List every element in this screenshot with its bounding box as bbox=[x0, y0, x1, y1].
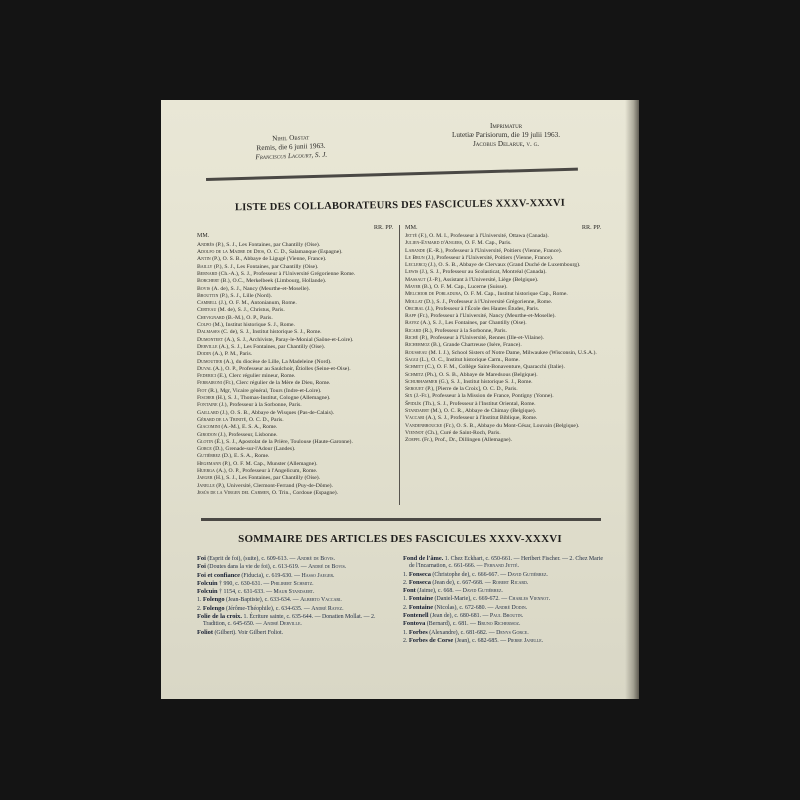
collaborator-details: (D.), S. J., Professeur à l'Université G… bbox=[423, 299, 552, 305]
imprimatur-signatory: Jacobus Delarue, v. g. bbox=[411, 140, 601, 149]
collaborator-details: , O. Trin., Cordoue (Espagne). bbox=[269, 490, 338, 496]
collaborator-entry: Andrès (P.), S. J., Les Fontaines, par C… bbox=[197, 242, 393, 249]
collaborator-entry: Fontaine (J.), Professeur à la Sorbonne,… bbox=[197, 402, 393, 409]
collaborator-details: (C. de), S. J., Institut historique S. J… bbox=[220, 329, 322, 335]
document-page: Nihil Obstat Remis, die 6 junii 1963. Fr… bbox=[161, 100, 639, 699]
collaborator-name: Glotin bbox=[197, 439, 213, 445]
collaborator-name: Jaeger bbox=[197, 475, 213, 481]
summary-entry: 2. Forbes de Corse (Jean), c. 682-685. —… bbox=[403, 637, 603, 645]
summary-term: Forbes bbox=[409, 629, 428, 636]
summary-entry: 1. Fontaine (Daniel-Marie), c. 669-672. … bbox=[403, 595, 603, 603]
summary-author: Maur Standaert. bbox=[274, 589, 315, 595]
summary-author: Pierre Janelle. bbox=[508, 638, 544, 644]
collaborator-details: (A.), du diocèse de Lille, La Madeleine … bbox=[222, 359, 331, 365]
collaborator-name: Dodin bbox=[197, 351, 211, 357]
collaborator-details: (J.-Fr.), Professeur à la Mission de Fra… bbox=[412, 393, 553, 399]
summary-term: Foliot bbox=[197, 629, 213, 636]
collaborator-details: (E.), Clerc régulier mineur, Rome. bbox=[216, 373, 296, 379]
summary-term: Folengo bbox=[203, 596, 225, 603]
collaborator-entry: Schurhammer (G.), S. J., Institut histor… bbox=[405, 379, 601, 386]
collaborator-name: Gaillard bbox=[197, 410, 219, 416]
collaborator-name: Chevignard bbox=[197, 315, 225, 321]
summary-term: Forbes de Corse bbox=[409, 637, 453, 644]
collaborator-name: Antin bbox=[197, 256, 211, 262]
collaborator-name: Janelle bbox=[197, 483, 215, 489]
collaborator-name: Rapp bbox=[405, 313, 416, 319]
collaborator-name: Massaut bbox=[405, 277, 426, 283]
collaborator-details: (J.), Professeur à l'École des Hautes Ét… bbox=[424, 306, 539, 312]
collaborator-details: (Ch.), Curé de Saint-Roch, Paris. bbox=[424, 430, 501, 436]
collaborator-name: Leclercq bbox=[405, 262, 427, 268]
collaborator-details: (A.), S. J., Les Fontaines, par Chantill… bbox=[419, 320, 527, 326]
collaborator-entry: Riché (P.), Professeur à l'Université, R… bbox=[405, 335, 601, 342]
collaborator-entry: Špidlík (Th.), S. J., Professeur à l'Ins… bbox=[405, 401, 601, 408]
collaborator-entry: Leclercq (J.), O. S. B., Abbaye de Clerv… bbox=[405, 262, 601, 269]
collaborator-entry: Lewis (J.), S. J., Professeur au Scolast… bbox=[405, 269, 601, 276]
summary-entry: 1. Fonseca (Christophe de), c. 666-667. … bbox=[403, 571, 603, 579]
summary-detail: (Jaime), c. 668. — bbox=[416, 588, 463, 594]
collaborator-details: (J.), Professeur à la Sorbonne, Paris. bbox=[218, 402, 302, 408]
collaborator-name: Orcibal bbox=[405, 306, 424, 312]
collaborator-details: (J.-P.), Assistant à l'Université, Liège… bbox=[426, 277, 539, 283]
collaborator-entry: Bailly (P.), S. J., Les Fontaines, par C… bbox=[197, 264, 393, 271]
collaborator-name: Zoepfl bbox=[405, 437, 421, 443]
imprimatur: Imprimatur Lutetiæ Parisiorum, die 19 ju… bbox=[411, 122, 601, 149]
summary-term: Folcuin bbox=[197, 588, 218, 595]
summary-term: Folengo bbox=[203, 605, 225, 612]
collaborator-name: Vandenbroucke bbox=[405, 423, 442, 429]
nihil-obstat: Nihil Obstat Remis, die 6 junii 1963. Fr… bbox=[231, 132, 352, 163]
collaborator-entry: Bovis (A. de), S. J., Nancy (Meurthe-et-… bbox=[197, 286, 393, 293]
collaborator-name: Giacomini bbox=[197, 424, 220, 430]
collaborator-details: (Fr.), O. S. B., Abbaye du Mont-César, L… bbox=[442, 423, 579, 429]
summary-term: Fontaine bbox=[409, 595, 433, 602]
collaborator-details: (P.), O. F. M. Cap., Munster (Allemagne)… bbox=[221, 461, 317, 467]
collaborator-entry: Fischer (H.), S. J., Thomas-Institut, Co… bbox=[197, 395, 393, 402]
summary-entry: 1. Forbes (Alexandre), c. 681-682. — Den… bbox=[403, 629, 603, 637]
collaborator-name: Gérard de la Trinité bbox=[197, 417, 246, 423]
collaborator-details: , O. F. M. Cap., Paris. bbox=[462, 240, 511, 246]
collaborator-name: Ferraironi bbox=[197, 380, 222, 386]
collaborator-details: (M. I. J.), School Sisters of Notre Dame… bbox=[427, 350, 597, 356]
collaborator-details: (É.), S. J., Apostolat de la Prière, Tou… bbox=[213, 439, 353, 445]
collaborator-details: (G.), S. J., Institut historique S. J., … bbox=[437, 379, 532, 385]
collaborator-name: Mollat bbox=[405, 299, 423, 305]
collaborator-name: Schmitt bbox=[405, 364, 424, 370]
collaborator-entry: Mollat (D.), S. J., Professeur à l'Unive… bbox=[405, 299, 601, 306]
collaborator-details: (J.), O. S. B., Abbaye de Clervaux (Gran… bbox=[427, 262, 581, 268]
summary-author: André Dodin. bbox=[495, 605, 527, 611]
summary-author: Denys Gorce. bbox=[496, 630, 529, 636]
collaborator-details: (P.), O. S. B., Abbaye de Ligugé (Vienne… bbox=[211, 256, 327, 262]
collaborator-details: (B.), Grande Chartreuse (Isère, France). bbox=[430, 342, 522, 348]
summary-detail: (Jean de), c. 667-668. — bbox=[431, 580, 492, 586]
collaborator-entry: Gérard de la Trinité, O. C. D., Paris. bbox=[197, 417, 393, 424]
collaborator-name: Derville bbox=[197, 344, 217, 350]
summary-term: Fond de l'âme. bbox=[403, 555, 443, 562]
summary-detail: (Jean), c. 682-685. — bbox=[453, 638, 507, 644]
collaborator-name: Julien-Eymard d'Angers bbox=[405, 240, 462, 246]
collaborator-name: Vaccari bbox=[405, 415, 424, 421]
imprimatur-place-date: Lutetiæ Parisiorum, die 19 julii 1963. bbox=[411, 131, 601, 140]
collaborator-details: (Fr.), Clerc régulier de la Mère de Dieu… bbox=[222, 380, 331, 386]
collaborator-details: (A.), S. J., Professeur à l'Institut Bib… bbox=[424, 415, 537, 421]
collaborator-details: (P.), S. J., Les Fontaines, par Chantill… bbox=[214, 242, 320, 248]
collaborator-name: Standaert bbox=[405, 408, 429, 414]
collaborator-name: Richermoz bbox=[405, 342, 430, 348]
collaborator-details: (F.), O. M. I., Professeur à l'Universit… bbox=[417, 233, 549, 239]
collaborators-right-column: MM. RR. PP. Jetté (F.), O. M. I., Profes… bbox=[405, 225, 601, 445]
summary-detail: (Bernard), c. 681. — bbox=[425, 621, 477, 627]
collaborator-entry: Julien-Eymard d'Angers, O. F. M. Cap., P… bbox=[405, 240, 601, 247]
collaborator-name: Duval bbox=[197, 366, 212, 372]
collaborator-entry: Gorce (D.), Grenade-sur-l'Adour (Landes)… bbox=[197, 446, 393, 453]
summary-detail: † 990, c. 630-631. — bbox=[218, 581, 271, 587]
collaborator-name: Cambell bbox=[197, 300, 217, 306]
summary-detail: (Jean-Baptiste), c. 633-634. — bbox=[225, 597, 301, 603]
collaborator-entry: Jetté (F.), O. M. I., Professeur à l'Uni… bbox=[405, 233, 601, 240]
summary-term: Foi bbox=[197, 563, 206, 570]
collaborator-details: (A.), O. P., Professeur au Saulchoir, Ét… bbox=[212, 366, 351, 372]
summary-detail: (Jean de), c. 680-681. — bbox=[429, 613, 490, 619]
collaborator-details: (D.), Grenade-sur-l'Adour (Landes). bbox=[212, 446, 296, 452]
collaborator-name: Jetté bbox=[405, 233, 417, 239]
collaborator-details: (M.), O. C. R., Abbaye de Chimay (Belgiq… bbox=[429, 408, 536, 414]
collaborator-entry: Dodin (A.), P. M., Paris. bbox=[197, 351, 393, 358]
summary-author: André de Bovis. bbox=[308, 564, 346, 570]
collaborator-entry: Serouet (P.), [Pierre de la Croix], O. C… bbox=[405, 386, 601, 393]
summary-heading: SOMMAIRE DES ARTICLES DES FASCICULES XXX… bbox=[161, 533, 639, 545]
collaborators-right-entries: Jetté (F.), O. M. I., Professeur à l'Uni… bbox=[405, 233, 601, 444]
summary-author: Fernand Jetté. bbox=[484, 563, 519, 569]
collaborator-entry: Glotin (É.), S. J., Apostolat de la Priè… bbox=[197, 439, 393, 446]
collaborator-entry: Huerga (A.), O. P., Professeur à l'Angel… bbox=[197, 468, 393, 475]
collaborator-entry: Schmitt (C.), O. F. M., Collège Saint-Bo… bbox=[405, 364, 601, 371]
collaborator-details: (B.-M.), O. P., Paris. bbox=[225, 315, 273, 321]
collaborator-details: (A.), S. J., Archiviste, Paray-le-Monial… bbox=[223, 337, 353, 343]
collaborator-details: (Ch.-A.), S. J., Professeur à l'Universi… bbox=[217, 271, 355, 277]
collaborator-name: Schurhammer bbox=[405, 379, 437, 385]
collaborator-details: (J.), O. F. M., Antonianum, Rome. bbox=[217, 300, 297, 306]
collaborator-entry: Bernard (Ch.-A.), S. J., Professeur à l'… bbox=[197, 271, 393, 278]
collaborator-name: Bailly bbox=[197, 264, 212, 270]
summary-author: Robert Ricard. bbox=[492, 580, 528, 586]
collaborator-details: (P.), S. J., Les Fontaines, par Chantill… bbox=[212, 264, 318, 270]
summary-term: Fonseca bbox=[409, 571, 431, 578]
collaborator-name: Rayez bbox=[405, 320, 419, 326]
collaborator-details: (A.), O. P., Professeur à l'Angelicum, R… bbox=[215, 468, 317, 474]
collaborator-details: (J.), S. J., Professeur au Scolasticat, … bbox=[418, 269, 546, 275]
summary-detail: (Fiducia), c. 619-630. — bbox=[240, 573, 302, 579]
collaborator-details: (M. de), S. J., Christus, Paris. bbox=[216, 307, 284, 313]
collaborator-entry: Mayer (B.), O. F. M. Cap., Lucerne (Suis… bbox=[405, 284, 601, 291]
collaborator-name: Labande bbox=[405, 248, 425, 254]
summary-entry: 1. Folengo (Jean-Baptiste), c. 633-634. … bbox=[197, 596, 397, 604]
collaborators-left-entries: Andrès (P.), S. J., Les Fontaines, par C… bbox=[197, 242, 393, 497]
collaborator-name: Riché bbox=[405, 335, 418, 341]
collaborator-details: (P.), Université, Clermont-Ferrand (Puy-… bbox=[215, 483, 333, 489]
collaborator-entry: Janelle (P.), Université, Clermont-Ferra… bbox=[197, 483, 393, 490]
collaborator-entry: Certeau (M. de), S. J., Christus, Paris. bbox=[197, 307, 393, 314]
collaborator-details: , O. C. D., Paris. bbox=[246, 417, 284, 423]
collaborator-entry: Ferraironi (Fr.), Clerc régulier de la M… bbox=[197, 380, 393, 387]
collaborator-name: Hegemann bbox=[197, 461, 221, 467]
collaborator-details: (H.), S. J., Les Fontaines, par Chantill… bbox=[213, 475, 321, 481]
imprimatur-title: Imprimatur bbox=[411, 122, 601, 131]
collaborator-details: (Th.), S. J., Professeur à l'Institut Or… bbox=[421, 401, 535, 407]
collaborators-heading: LISTE DES COLLABORATEURS DES FASCICULES … bbox=[161, 197, 639, 215]
summary-entry: Folcuin † 1154, c. 631-633. — Maur Stand… bbox=[197, 588, 397, 596]
collaborator-details: (E.-R.), Professeur à l'Université, Poit… bbox=[425, 248, 562, 254]
collaborator-entry: Fiot (R.), Mgr, Vicaire général, Tours (… bbox=[197, 388, 393, 395]
summary-entry: Foi (Esprit de foi), (suite), c. 609-613… bbox=[197, 555, 397, 563]
collaborator-details: (B.), O. F. M. Cap., Lucerne (Suisse). bbox=[421, 284, 508, 290]
collaborator-entry: Massaut (J.-P.), Assistant à l'Universit… bbox=[405, 277, 601, 284]
collaborator-details: (C.), O. F. M., Collège Saint-Bonaventur… bbox=[424, 364, 565, 370]
summary-detail: (Christophe de), c. 666-667. — bbox=[431, 572, 508, 578]
collaborator-name: Gorce bbox=[197, 446, 212, 452]
collaborator-details: (J.), O. S. B., Abbaye de Wisques (Pas-d… bbox=[219, 410, 334, 416]
summary-entry: Folie de la croix. 1. Écriture sainte, c… bbox=[197, 613, 397, 629]
summary-term: Fontova bbox=[403, 620, 425, 627]
summary-author: Hasso Jaeger. bbox=[301, 573, 334, 579]
summary-left-column: Foi (Esprit de foi), (suite), c. 609-613… bbox=[197, 555, 397, 637]
collaborator-name: Fiot bbox=[197, 388, 207, 394]
summary-author: David Gutiérrez. bbox=[463, 588, 503, 594]
collaborator-name: Fontaine bbox=[197, 402, 218, 408]
collaborator-details: (Ph.), O. S. B., Abbaye de Maredsous (Be… bbox=[424, 372, 538, 378]
collaborator-name: Andrès bbox=[197, 242, 214, 248]
summary-entry: 2. Fontaine (Nicolas), c. 672-680. — And… bbox=[403, 604, 603, 612]
collaborator-details: (D.), E. S. A., Rome. bbox=[220, 453, 269, 459]
collaborator-entry: Borchert (B.), O.C., Merkelbeek (Limbour… bbox=[197, 278, 393, 285]
summary-term: Fontenell bbox=[403, 612, 429, 619]
collaborator-name: Ricard bbox=[405, 328, 421, 334]
summary-term: Foi bbox=[197, 555, 206, 562]
collaborator-entry: Gaillard (J.), O. S. B., Abbaye de Wisqu… bbox=[197, 410, 393, 417]
collaborator-name: Dumonteet bbox=[197, 337, 223, 343]
mm-label-left: MM. bbox=[197, 233, 393, 240]
summary-term: Font bbox=[403, 587, 416, 594]
collaborator-entry: Melchior de Pobladura, O. F. M. Cap., In… bbox=[405, 291, 601, 298]
summary-author: Bruno Richermoz. bbox=[477, 621, 520, 627]
collaborator-details: (A.), P. M., Paris. bbox=[211, 351, 252, 357]
summary-entry: Fond de l'âme. 1. Chez Eckhart, c. 650-6… bbox=[403, 555, 603, 571]
collaborator-name: Saggi bbox=[405, 357, 418, 363]
collaborator-details: (B.), O.C., Merkelbeek (Limbourg, Hollan… bbox=[219, 278, 326, 284]
collaborator-name: Bovis bbox=[197, 286, 210, 292]
collaborators-left-column: RR. PP. MM. Andrès (P.), S. J., Les Font… bbox=[197, 225, 393, 497]
collaborator-details: (R.), Mgr, Vicaire général, Tours (Indre… bbox=[207, 388, 322, 394]
collaborator-entry: Vaccari (A.), S. J., Professeur à l'Inst… bbox=[405, 415, 601, 422]
collaborator-entry: Orcibal (J.), Professeur à l'École des H… bbox=[405, 306, 601, 313]
collaborator-name: Jesús de la Virgen del Carmen bbox=[197, 490, 269, 496]
collaborator-entry: Gutiérrez (D.), E. S. A., Rome. bbox=[197, 453, 393, 460]
collaborator-entry: Rousseau (M. I. J.), School Sisters of N… bbox=[405, 350, 601, 357]
collaborator-details: (R.), Professeur à la Sorbonne, Paris. bbox=[421, 328, 507, 334]
summary-detail: (Jérôme-Théophile), c. 634-635. — bbox=[225, 606, 312, 612]
collaborator-entry: Richermoz (B.), Grande Chartreuse (Isère… bbox=[405, 342, 601, 349]
collaborator-entry: Chevignard (B.-M.), O. P., Paris. bbox=[197, 315, 393, 322]
summary-entry: Foi (Doutes dans la vie de foi), c. 613-… bbox=[197, 563, 397, 571]
collaborator-name: Certeau bbox=[197, 307, 216, 313]
summary-entry: Foliot (Gilbert). Voir Gilbert Foliot. bbox=[197, 629, 397, 637]
collaborator-entry: Standaert (M.), O. C. R., Abbaye de Chim… bbox=[405, 408, 601, 415]
collaborator-entry: Dumonteet (A.), S. J., Archiviste, Paray… bbox=[197, 337, 393, 344]
summary-entry: Fontenell (Jean de), c. 680-681. — Paul … bbox=[403, 612, 603, 620]
collaborator-entry: Jaeger (H.), S. J., Les Fontaines, par C… bbox=[197, 475, 393, 482]
collaborator-name: Borchert bbox=[197, 278, 219, 284]
summary-author: André Rayez. bbox=[311, 606, 343, 612]
collaborator-name: Serouet bbox=[405, 386, 424, 392]
collaborator-entry: Adolfo de la Madre de Dios, O. C. D., Sa… bbox=[197, 249, 393, 256]
summary-author: André de Bovis. bbox=[297, 556, 335, 562]
summary-entry: Fontova (Bernard), c. 681. — Bruno Riche… bbox=[403, 620, 603, 628]
collaborator-details: (A.), S. J., Les Fontaines, par Chantill… bbox=[217, 344, 325, 350]
summary-list: Foi (Esprit de foi), (suite), c. 609-613… bbox=[197, 555, 607, 675]
summary-right-column: Fond de l'âme. 1. Chez Eckhart, c. 650-6… bbox=[403, 555, 603, 645]
collaborator-entry: Dalmases (C. de), S. J., Institut histor… bbox=[197, 329, 393, 336]
summary-author: David Gutiérrez. bbox=[508, 572, 548, 578]
summary-entry: 2. Fonseca (Jean de), c. 667-668. — Robe… bbox=[403, 579, 603, 587]
collaborator-details: (Fr.), Professeur à l'Université, Nancy … bbox=[416, 313, 556, 319]
collaborator-details: (P.), [Pierre de la Croix], O. C. D., Pa… bbox=[424, 386, 518, 392]
collaborator-entry: Derville (A.), S. J., Les Fontaines, par… bbox=[197, 344, 393, 351]
collaborator-details: , O. F. M. Cap., Institut historique Cap… bbox=[461, 291, 568, 297]
collaborator-name: Federici bbox=[197, 373, 216, 379]
collaborator-entry: Le Brun (J.), Professeur à l'Université,… bbox=[405, 255, 601, 262]
collaborator-name: Viennot bbox=[405, 430, 424, 436]
collaborator-details: (L.), O. C., Institut historique Carm., … bbox=[418, 357, 520, 363]
summary-entry: Foi et confiance (Fiducia), c. 619-630. … bbox=[197, 572, 397, 580]
mm-label-right: MM. bbox=[405, 225, 418, 232]
collaborator-entry: Jesús de la Virgen del Carmen, O. Trin.,… bbox=[197, 490, 393, 497]
collaborator-details: (M.), Institut historique S. J., Rome. bbox=[211, 322, 295, 328]
collaborator-name: Gutiérrez bbox=[197, 453, 220, 459]
collaborator-name: Bernard bbox=[197, 271, 217, 277]
summary-detail: (Daniel-Marie), c. 669-672. — bbox=[433, 596, 509, 602]
summary-term: Foi et confiance bbox=[197, 572, 240, 579]
collaborator-details: (A. de), S. J., Nancy (Meurthe-et-Mosell… bbox=[210, 286, 310, 292]
collaborator-name: Špidlík bbox=[405, 401, 421, 407]
collaborator-name: Mayer bbox=[405, 284, 421, 290]
summary-detail: (Doutes dans la vie de foi), c. 613-619.… bbox=[206, 564, 308, 570]
summary-entry: Folcuin † 990, c. 630-631. — Philibert S… bbox=[197, 580, 397, 588]
collaborator-details: (Fr.), Prof., Dr., Dillingen (Allemagne)… bbox=[421, 437, 512, 443]
summary-detail: (Gilbert). Voir Gilbert Foliot. bbox=[213, 630, 283, 636]
collaborator-name: Dumoutier bbox=[197, 359, 222, 365]
summary-author: Alberto Vaccari. bbox=[300, 597, 342, 603]
summary-term: Folcuin bbox=[197, 580, 218, 587]
collaborator-entry: Schmitz (Ph.), O. S. B., Abbaye de Mared… bbox=[405, 372, 601, 379]
collaborator-entry: Antin (P.), O. S. B., Abbaye de Ligugé (… bbox=[197, 256, 393, 263]
collaborator-name: Girodon bbox=[197, 432, 217, 438]
collaborator-entry: Duval (A.), O. P., Professeur au Saulcho… bbox=[197, 366, 393, 373]
collaborator-entry: Vandenbroucke (Fr.), O. S. B., Abbaye du… bbox=[405, 423, 601, 430]
rrpp-label-right: RR. PP. bbox=[582, 225, 601, 232]
collaborator-name: Schmitz bbox=[405, 372, 424, 378]
collaborator-name: Melchior de Pobladura bbox=[405, 291, 461, 297]
summary-author: Paul Broutin. bbox=[490, 613, 523, 619]
summary-author: André Derville. bbox=[263, 621, 302, 627]
collaborator-entry: Brouttin (P.), S. J., Lille (Nord). bbox=[197, 293, 393, 300]
collaborator-entry: Zoepfl (Fr.), Prof., Dr., Dillingen (All… bbox=[405, 437, 601, 444]
summary-detail: (Nicolas), c. 672-680. — bbox=[433, 605, 495, 611]
collaborator-details: (P.), Professeur à l'Université, Rennes … bbox=[418, 335, 544, 341]
middle-divider-rule bbox=[201, 518, 601, 521]
collaborator-details: (J.), Professeur à l'Université, Poitier… bbox=[425, 255, 554, 261]
summary-entry: 2. Folengo (Jérôme-Théophile), c. 634-63… bbox=[197, 605, 397, 613]
rrpp-label-left: RR. PP. bbox=[197, 225, 393, 232]
collaborator-entry: Saggi (L.), O. C., Institut historique C… bbox=[405, 357, 601, 364]
collaborator-entry: Dumoutier (A.), du diocèse de Lille, La … bbox=[197, 359, 393, 366]
collaborator-name: Dalmases bbox=[197, 329, 220, 335]
summary-author: Charles Viennot. bbox=[509, 596, 550, 602]
collaborators-list: RR. PP. MM. Andrès (P.), S. J., Les Font… bbox=[197, 225, 607, 515]
collaborator-entry: Rayez (A.), S. J., Les Fontaines, par Ch… bbox=[405, 320, 601, 327]
collaborator-entry: Labande (E.-R.), Professeur à l'Universi… bbox=[405, 248, 601, 255]
collaborator-name: Brouttin bbox=[197, 293, 218, 299]
summary-term: Fonseca bbox=[409, 579, 431, 586]
column-divider bbox=[399, 225, 400, 505]
collaborator-details: , O. C. D., Salamanque (Espagne). bbox=[264, 249, 343, 255]
collaborator-name: Colpo bbox=[197, 322, 211, 328]
summary-term: Folie de la croix. bbox=[197, 613, 242, 620]
approvals-block: Nihil Obstat Remis, die 6 junii 1963. Fr… bbox=[161, 122, 639, 172]
collaborator-entry: Six (J.-Fr.), Professeur à la Mission de… bbox=[405, 393, 601, 400]
collaborator-entry: Hegemann (P.), O. F. M. Cap., Munster (A… bbox=[197, 461, 393, 468]
collaborator-details: (H.), S. J., Thomas-Institut, Cologne (A… bbox=[214, 395, 330, 401]
collaborator-name: Huerga bbox=[197, 468, 215, 474]
collaborator-entry: Colpo (M.), Institut historique S. J., R… bbox=[197, 322, 393, 329]
summary-term: Fontaine bbox=[409, 604, 433, 611]
summary-detail: (Alexandre), c. 681-682. — bbox=[428, 630, 496, 636]
collaborator-entry: Girodon (J.), Professeur, Lisbonne. bbox=[197, 432, 393, 439]
collaborator-details: (P.), S. J., Lille (Nord). bbox=[218, 293, 272, 299]
collaborator-name: Le Brun bbox=[405, 255, 425, 261]
collaborator-entry: Viennot (Ch.), Curé de Saint-Roch, Paris… bbox=[405, 430, 601, 437]
summary-detail: † 1154, c. 631-633. — bbox=[218, 589, 274, 595]
collaborator-entry: Giacomini (A.-M.), E. S. A., Rome. bbox=[197, 424, 393, 431]
collaborator-name: Fischer bbox=[197, 395, 214, 401]
collaborator-name: Lewis bbox=[405, 269, 418, 275]
collaborator-details: (J.), Professeur, Lisbonne. bbox=[217, 432, 278, 438]
summary-detail: (Esprit de foi), (suite), c. 609-613. — bbox=[206, 556, 297, 562]
collaborator-details: (A.-M.), E. S. A., Rome. bbox=[220, 424, 277, 430]
collaborator-entry: Ricard (R.), Professeur à la Sorbonne, P… bbox=[405, 328, 601, 335]
collaborator-name: Rousseau bbox=[405, 350, 427, 356]
summary-author: Philibert Schmitz. bbox=[271, 581, 314, 587]
collaborator-name: Adolfo de la Madre de Dios bbox=[197, 249, 264, 255]
summary-entry: Font (Jaime), c. 668. — David Gutiérrez. bbox=[403, 587, 603, 595]
